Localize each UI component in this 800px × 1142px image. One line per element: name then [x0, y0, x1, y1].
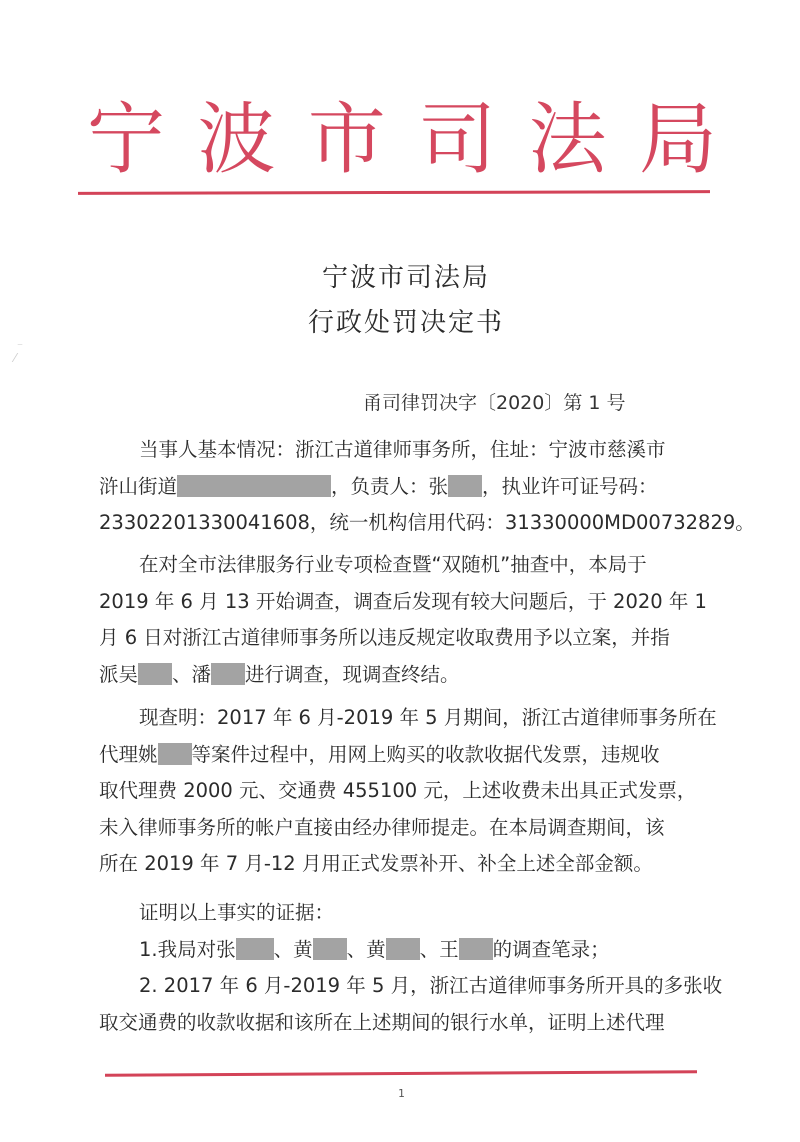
text-line: 派吴、潘进行调查，现调查终结。 — [99, 657, 711, 694]
text-fragment: 、黄 — [274, 938, 313, 961]
redaction-box — [211, 663, 245, 685]
text-line: 在对全市法律服务行业专项检查暨“双随机”抽查中，本局于 — [99, 547, 711, 584]
text-line: 代理姚等案件过程中，用网上购买的收款收据代发票，违规收 — [99, 737, 711, 774]
paragraph-findings: 现查明：2017 年 6 月-2019 年 5 月期间，浙江古道律师事务所在 代… — [99, 700, 711, 883]
redaction-box — [158, 743, 192, 765]
redaction-box — [459, 938, 493, 960]
evidence-item-1: 1.我局对张、黄、黄、王的调查笔录； — [99, 932, 711, 969]
evidence-heading: 证明以上事实的证据： — [99, 895, 711, 932]
text-line: 2019 年 6 月 13 开始调查，调查后发现有较大问题后，于 2020 年 … — [99, 584, 711, 621]
letterhead-char: 局 — [634, 95, 722, 185]
document-issuer: 宁波市司法局 — [6, 257, 800, 294]
letterhead-char: 法 — [524, 95, 612, 185]
text-line: 取代理费 2000 元、交通费 455100 元，上述收费未出具正式发票， — [99, 773, 711, 810]
text-fragment: ，执业许可证号码： — [482, 475, 658, 498]
text-line: 月 6 日对浙江古道律师事务所以违反规定收取费用予以立案，并指 — [99, 620, 711, 657]
redaction-box — [313, 938, 347, 960]
letterhead-char: 波 — [192, 95, 280, 185]
letterhead-char: 司 — [413, 95, 501, 185]
text-fragment: 、黄 — [347, 938, 386, 961]
letterhead-char: 宁 — [82, 95, 170, 185]
text-line: 浒山街道，负责人：张，执业许可证号码： — [99, 469, 711, 506]
redaction-box — [177, 475, 331, 497]
text-fragment: 进行调查，现调查终结。 — [245, 663, 460, 686]
text-line: 取交通费的收款收据和该所在上述期间的银行水单，证明上述代理 — [99, 1005, 711, 1042]
redaction-box — [236, 938, 274, 960]
document-title: 行政处罚决定书 — [6, 302, 800, 339]
redaction-box — [386, 938, 420, 960]
evidence-item-2: 2. 2017 年 6 月-2019 年 5 月，浙江古道律师事务所开具的多张收 — [99, 968, 711, 1005]
text-fragment: 、王 — [420, 938, 459, 961]
text-fragment: 、潘 — [172, 663, 211, 686]
text-fragment: ，负责人：张 — [331, 475, 448, 498]
document-number: 甬司律罚决字〔2020〕第 1 号 — [363, 388, 626, 415]
redaction-box — [138, 663, 172, 685]
paragraph-evidence: 证明以上事实的证据： 1.我局对张、黄、黄、王的调查笔录； 2. 2017 年 … — [99, 895, 711, 1041]
text-fragment: 派吴 — [99, 663, 138, 686]
text-fragment: 等案件过程中，用网上购买的收款收据代发票，违规收 — [192, 743, 660, 766]
letterhead-divider — [78, 190, 710, 195]
page-number: 1 — [398, 1087, 405, 1100]
text-line: 当事人基本情况：浙江古道律师事务所，住址：宁波市慈溪市 — [99, 432, 711, 469]
text-line: 现查明：2017 年 6 月-2019 年 5 月期间，浙江古道律师事务所在 — [99, 700, 711, 737]
text-fragment: 1.我局对张 — [139, 938, 236, 961]
text-line: 未入律师事务所的帐户直接由经办律师提走。在本局调查期间，该 — [99, 810, 711, 847]
letterhead-char: 市 — [303, 95, 391, 185]
paragraph-investigation: 在对全市法律服务行业专项检查暨“双随机”抽查中，本局于 2019 年 6 月 1… — [99, 547, 711, 693]
redaction-box — [448, 475, 482, 497]
text-fragment: 的调查笔录； — [493, 938, 610, 961]
paragraph-party-info: 当事人基本情况：浙江古道律师事务所，住址：宁波市慈溪市 浒山街道，负责人：张，执… — [99, 432, 711, 542]
text-line: 23302201330041608，统一机构信用代码：31330000MD007… — [99, 505, 711, 542]
text-line: 所在 2019 年 7 月-12 月用正式发票补开、补全上述全部金额。 — [99, 846, 711, 883]
letterhead-title: 宁 波 市 司 法 局 — [82, 95, 722, 185]
footer-divider — [105, 1070, 697, 1077]
text-fragment: 浒山街道 — [99, 475, 177, 498]
text-fragment: 代理姚 — [99, 743, 158, 766]
